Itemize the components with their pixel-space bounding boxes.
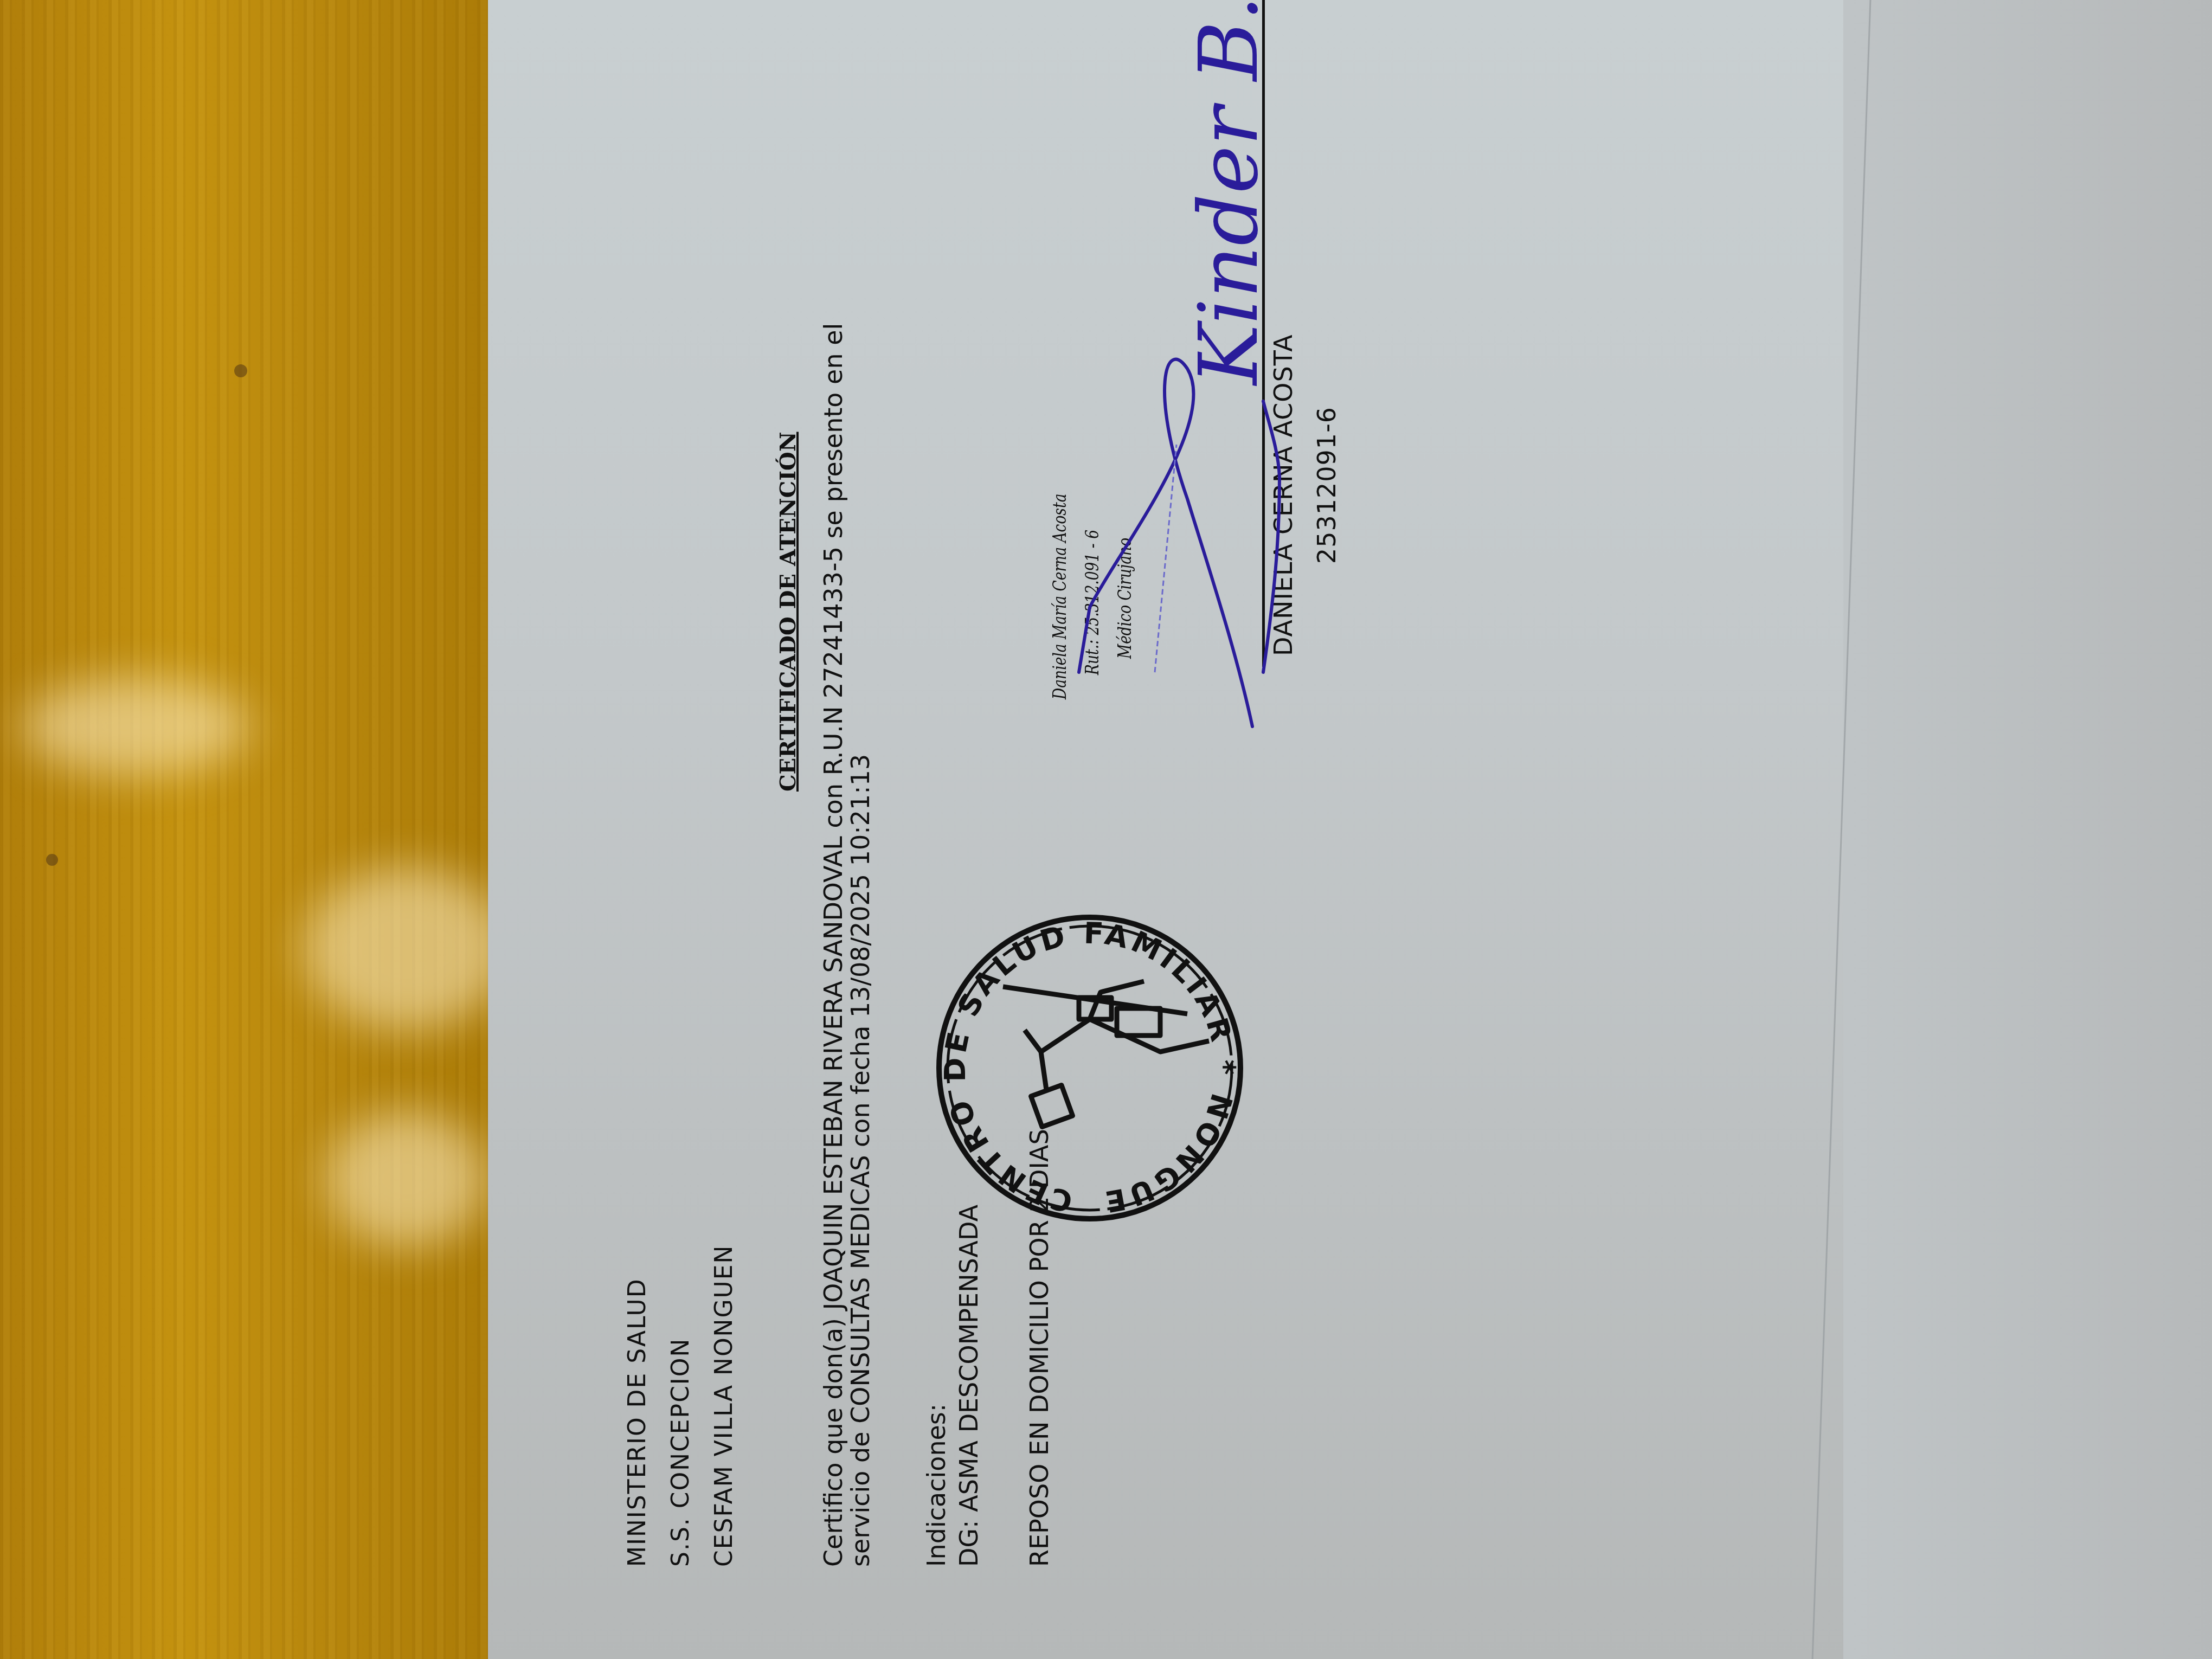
paper-underlay: [1843, 0, 2212, 1659]
handwritten-note: Kinder B.: [1182, 0, 1276, 385]
light-reflection: [325, 1111, 488, 1247]
certificate-document: MINISTERIO DE SALUD S.S. CONCEPCION CESF…: [613, 22, 1805, 1626]
light-reflection: [22, 678, 249, 775]
wood-knot: [46, 854, 58, 866]
wooden-table-background: [0, 0, 520, 1659]
wood-knot: [234, 364, 247, 377]
light-reflection: [304, 867, 510, 1030]
